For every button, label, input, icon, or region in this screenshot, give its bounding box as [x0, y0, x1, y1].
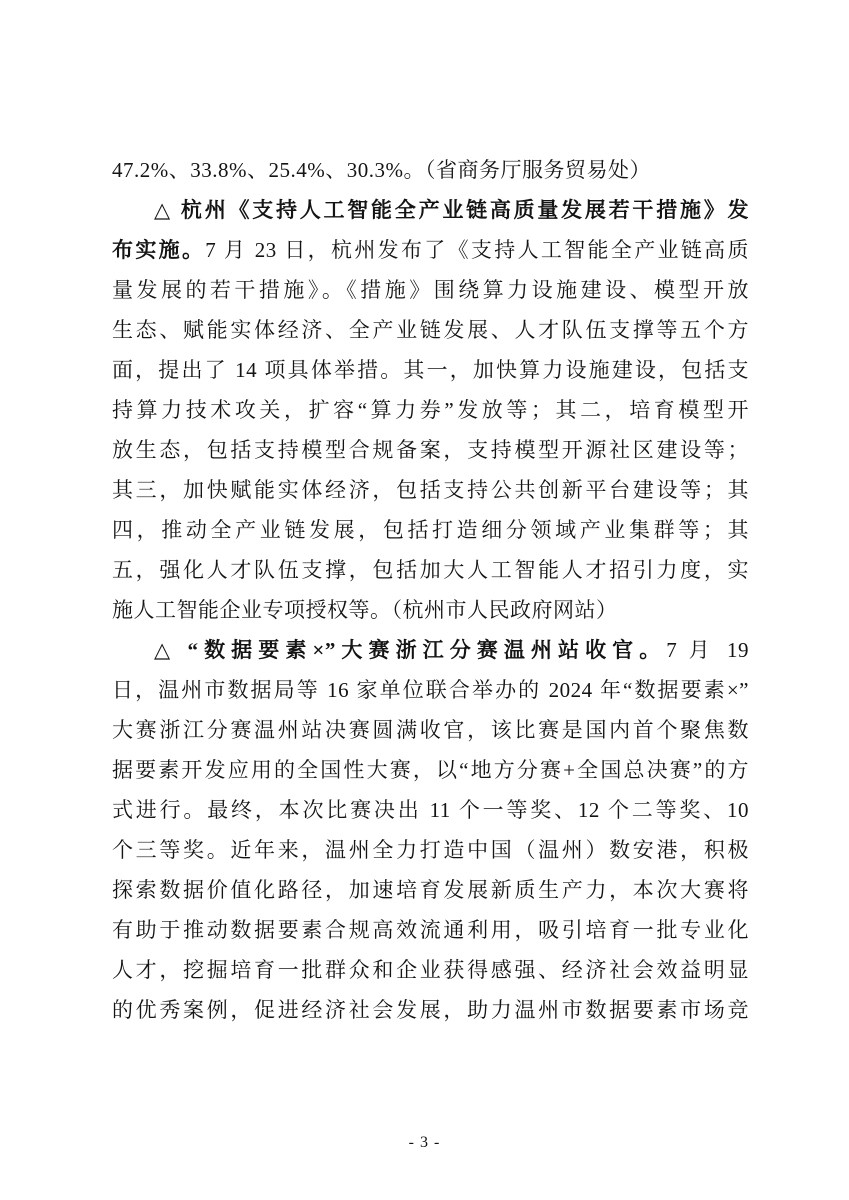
- text-run: 7 月 19: [666, 638, 749, 662]
- text-run: 施人工智能企业专项授权等。（杭州市人民政府网站）: [112, 598, 618, 622]
- bold-text-run: △ “数据要素×”大赛浙江分赛温州站收官。: [154, 638, 666, 662]
- text-line: △ “数据要素×”大赛浙江分赛温州站收官。7 月 19: [112, 630, 749, 670]
- text-line: 施人工智能企业专项授权等。（杭州市人民政府网站）: [112, 590, 749, 630]
- text-run: 持算力技术攻关，扩容“算力券”发放等；其二，培育模型开: [112, 398, 749, 422]
- page-number: - 3 -: [0, 1132, 849, 1154]
- document-page: 47.2%、33.8%、25.4%、30.3%。（省商务厅服务贸易处）△ 杭州《…: [0, 0, 849, 1200]
- text-line: 放生态，包括支持模型合规备案，支持模型开源社区建设等；: [112, 430, 749, 470]
- text-line: 其三，加快赋能实体经济，包括支持公共创新平台建设等；其: [112, 470, 749, 510]
- text-line: 式进行。最终，本次比赛决出 11 个一等奖、12 个二等奖、10: [112, 790, 749, 830]
- text-run: 7 月 23 日，杭州发布了《支持人工智能全产业链高质: [205, 238, 749, 262]
- text-run: 式进行。最终，本次比赛决出 11 个一等奖、12 个二等奖、10: [112, 798, 749, 822]
- text-run: 面，提出了 14 项具体举措。其一，加快算力设施建设，包括支: [112, 358, 749, 382]
- text-line: 人才，挖掘培育一批群众和企业获得感强、经济社会效益明显: [112, 950, 749, 990]
- text-run: 据要素开发应用的全国性大赛，以“地方分赛+全国总决赛”的方: [112, 758, 749, 782]
- text-run: 四，推动全产业链发展，包括打造细分领域产业集群等；其: [112, 518, 749, 542]
- text-line: 面，提出了 14 项具体举措。其一，加快算力设施建设，包括支: [112, 350, 749, 390]
- text-line: 五，强化人才队伍支撑，包括加大人工智能人才招引力度，实: [112, 550, 749, 590]
- text-line: 探索数据价值化路径，加速培育发展新质生产力，本次大赛将: [112, 870, 749, 910]
- bold-text-run: △ 杭州《支持人工智能全产业链高质量发展若干措施》发: [154, 198, 749, 222]
- text-line: 日，温州市数据局等 16 家单位联合举办的 2024 年“数据要素×”: [112, 670, 749, 710]
- text-line: 量发展的若干措施》。《措施》围绕算力设施建设、模型开放: [112, 270, 749, 310]
- text-run: 量发展的若干措施》。《措施》围绕算力设施建设、模型开放: [112, 278, 749, 302]
- text-line: 大赛浙江分赛温州站决赛圆满收官，该比赛是国内首个聚焦数: [112, 710, 749, 750]
- text-run: 生态、赋能实体经济、全产业链发展、人才队伍支撑等五个方: [112, 318, 749, 342]
- document-body: 47.2%、33.8%、25.4%、30.3%。（省商务厅服务贸易处）△ 杭州《…: [112, 150, 749, 1030]
- text-line: 生态、赋能实体经济、全产业链发展、人才队伍支撑等五个方: [112, 310, 749, 350]
- text-run: 放生态，包括支持模型合规备案，支持模型开源社区建设等；: [112, 438, 749, 462]
- text-line: 布实施。7 月 23 日，杭州发布了《支持人工智能全产业链高质: [112, 230, 749, 270]
- text-line: 四，推动全产业链发展，包括打造细分领域产业集群等；其: [112, 510, 749, 550]
- bold-text-run: 布实施。: [112, 238, 205, 262]
- text-line: △ 杭州《支持人工智能全产业链高质量发展若干措施》发: [112, 190, 749, 230]
- text-line: 持算力技术攻关，扩容“算力券”发放等；其二，培育模型开: [112, 390, 749, 430]
- text-run: 人才，挖掘培育一批群众和企业获得感强、经济社会效益明显: [112, 958, 749, 982]
- text-run: 47.2%、33.8%、25.4%、30.3%。（省商务厅服务贸易处）: [112, 158, 651, 182]
- text-run: 的优秀案例，促进经济社会发展，助力温州市数据要素市场竞: [112, 998, 749, 1022]
- text-run: 其三，加快赋能实体经济，包括支持公共创新平台建设等；其: [112, 478, 749, 502]
- text-line: 有助于推动数据要素合规高效流通利用，吸引培育一批专业化: [112, 910, 749, 950]
- text-run: 日，温州市数据局等 16 家单位联合举办的 2024 年“数据要素×”: [112, 678, 749, 702]
- text-line: 的优秀案例，促进经济社会发展，助力温州市数据要素市场竞: [112, 990, 749, 1030]
- text-line: 47.2%、33.8%、25.4%、30.3%。（省商务厅服务贸易处）: [112, 150, 749, 190]
- text-run: 有助于推动数据要素合规高效流通利用，吸引培育一批专业化: [112, 918, 749, 942]
- text-run: 探索数据价值化路径，加速培育发展新质生产力，本次大赛将: [112, 878, 749, 902]
- text-run: 大赛浙江分赛温州站决赛圆满收官，该比赛是国内首个聚焦数: [112, 718, 749, 742]
- text-run: 五，强化人才队伍支撑，包括加大人工智能人才招引力度，实: [112, 558, 749, 582]
- text-line: 个三等奖。近年来，温州全力打造中国（温州）数安港，积极: [112, 830, 749, 870]
- text-line: 据要素开发应用的全国性大赛，以“地方分赛+全国总决赛”的方: [112, 750, 749, 790]
- text-run: 个三等奖。近年来，温州全力打造中国（温州）数安港，积极: [112, 838, 749, 862]
